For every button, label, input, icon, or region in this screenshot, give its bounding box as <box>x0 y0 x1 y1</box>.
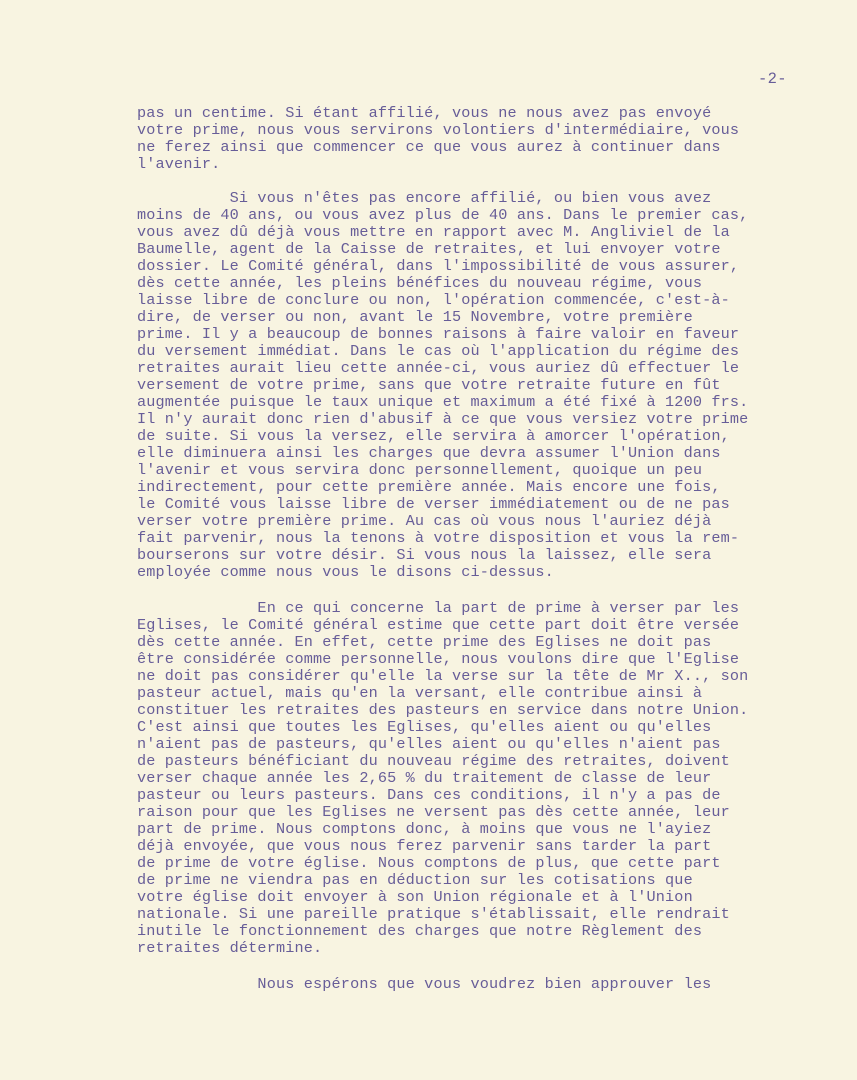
text-line: Si vous n'êtes pas encore affilié, ou bi… <box>137 190 711 207</box>
text-line: inutile le fonctionnement des charges qu… <box>137 923 702 940</box>
text-line: l'avenir et vous servira donc personnell… <box>137 462 702 479</box>
text-line: dès cette année, les pleins bénéfices du… <box>137 275 702 292</box>
text-line: dossier. Le Comité général, dans l'impos… <box>137 258 739 275</box>
text-line: C'est ainsi que toutes les Eglises, qu'e… <box>137 719 711 736</box>
text-line: l'avenir. <box>137 156 220 173</box>
text-line: part de prime. Nous comptons donc, à moi… <box>137 821 711 838</box>
text-line: En ce qui concerne la part de prime à ve… <box>137 600 739 617</box>
text-line: dire, de verser ou non, avant le 15 Nove… <box>137 309 693 326</box>
text-line: déjà envoyée, que vous nous ferez parven… <box>137 838 711 855</box>
text-line: Baumelle, agent de la Caisse de retraite… <box>137 241 721 258</box>
text-line: Il n'y aurait donc rien d'abusif à ce qu… <box>137 411 748 428</box>
text-line: vous avez dû déjà vous mettre en rapport… <box>137 224 730 241</box>
text-line: laisse libre de conclure ou non, l'opéra… <box>137 292 730 309</box>
text-line: nationale. Si une pareille pratique s'ét… <box>137 906 730 923</box>
text-line: pasteur actuel, mais qu'en la versant, e… <box>137 685 702 702</box>
text-line: de prime ne viendra pas en déduction sur… <box>137 872 693 889</box>
text-line: constituer les retraites des pasteurs en… <box>137 702 748 719</box>
text-line: raison pour que les Eglises ne versent p… <box>137 804 730 821</box>
text-line: retraites détermine. <box>137 940 322 957</box>
text-line: Nous espérons que vous voudrez bien appr… <box>137 976 711 993</box>
text-line: retraites aurait lieu cette année-ci, vo… <box>137 360 739 377</box>
text-line: verser chaque année les 2,65 % du traite… <box>137 770 711 787</box>
text-line: indirectement, pour cette première année… <box>137 479 721 496</box>
text-line: dès cette année. En effet, cette prime d… <box>137 634 711 651</box>
text-line: versement de votre prime, sans que votre… <box>137 377 721 394</box>
text-line: le Comité vous laisse libre de verser im… <box>137 496 730 513</box>
text-line: de suite. Si vous la versez, elle servir… <box>137 428 730 445</box>
text-line: de prime de votre église. Nous comptons … <box>137 855 721 872</box>
text-line: elle diminuera ainsi les charges que dev… <box>137 445 721 462</box>
text-line: pasteur ou leurs pasteurs. Dans ces cond… <box>137 787 721 804</box>
text-line: Eglises, le Comité général estime que ce… <box>137 617 739 634</box>
text-line: ne ferez ainsi que commencer ce que vous… <box>137 139 721 156</box>
text-line: votre église doit envoyer à son Union ré… <box>137 889 693 906</box>
page-number: -2- <box>758 70 787 88</box>
text-line: pas un centime. Si étant affilié, vous n… <box>137 105 711 122</box>
text-line: de pasteurs bénéficiant du nouveau régim… <box>137 753 730 770</box>
text-line: moins de 40 ans, ou vous avez plus de 40… <box>137 207 748 224</box>
text-line: bourserons sur votre désir. Si vous nous… <box>137 547 711 564</box>
text-line: fait parvenir, nous la tenons à votre di… <box>137 530 739 547</box>
text-line: n'aient pas de pasteurs, qu'elles aient … <box>137 736 721 753</box>
text-line: être considérée comme personnelle, nous … <box>137 651 739 668</box>
text-line: votre prime, nous vous servirons volonti… <box>137 122 739 139</box>
text-line: verser votre première prime. Au cas où v… <box>137 513 711 530</box>
text-line: augmentée puisque le taux unique et maxi… <box>137 394 748 411</box>
text-line: employée comme nous vous le disons ci-de… <box>137 564 554 581</box>
text-line: ne doit pas considérer qu'elle la verse … <box>137 668 748 685</box>
text-line: du versement immédiat. Dans le cas où l'… <box>137 343 739 360</box>
text-line: prime. Il y a beaucoup de bonnes raisons… <box>137 326 739 343</box>
